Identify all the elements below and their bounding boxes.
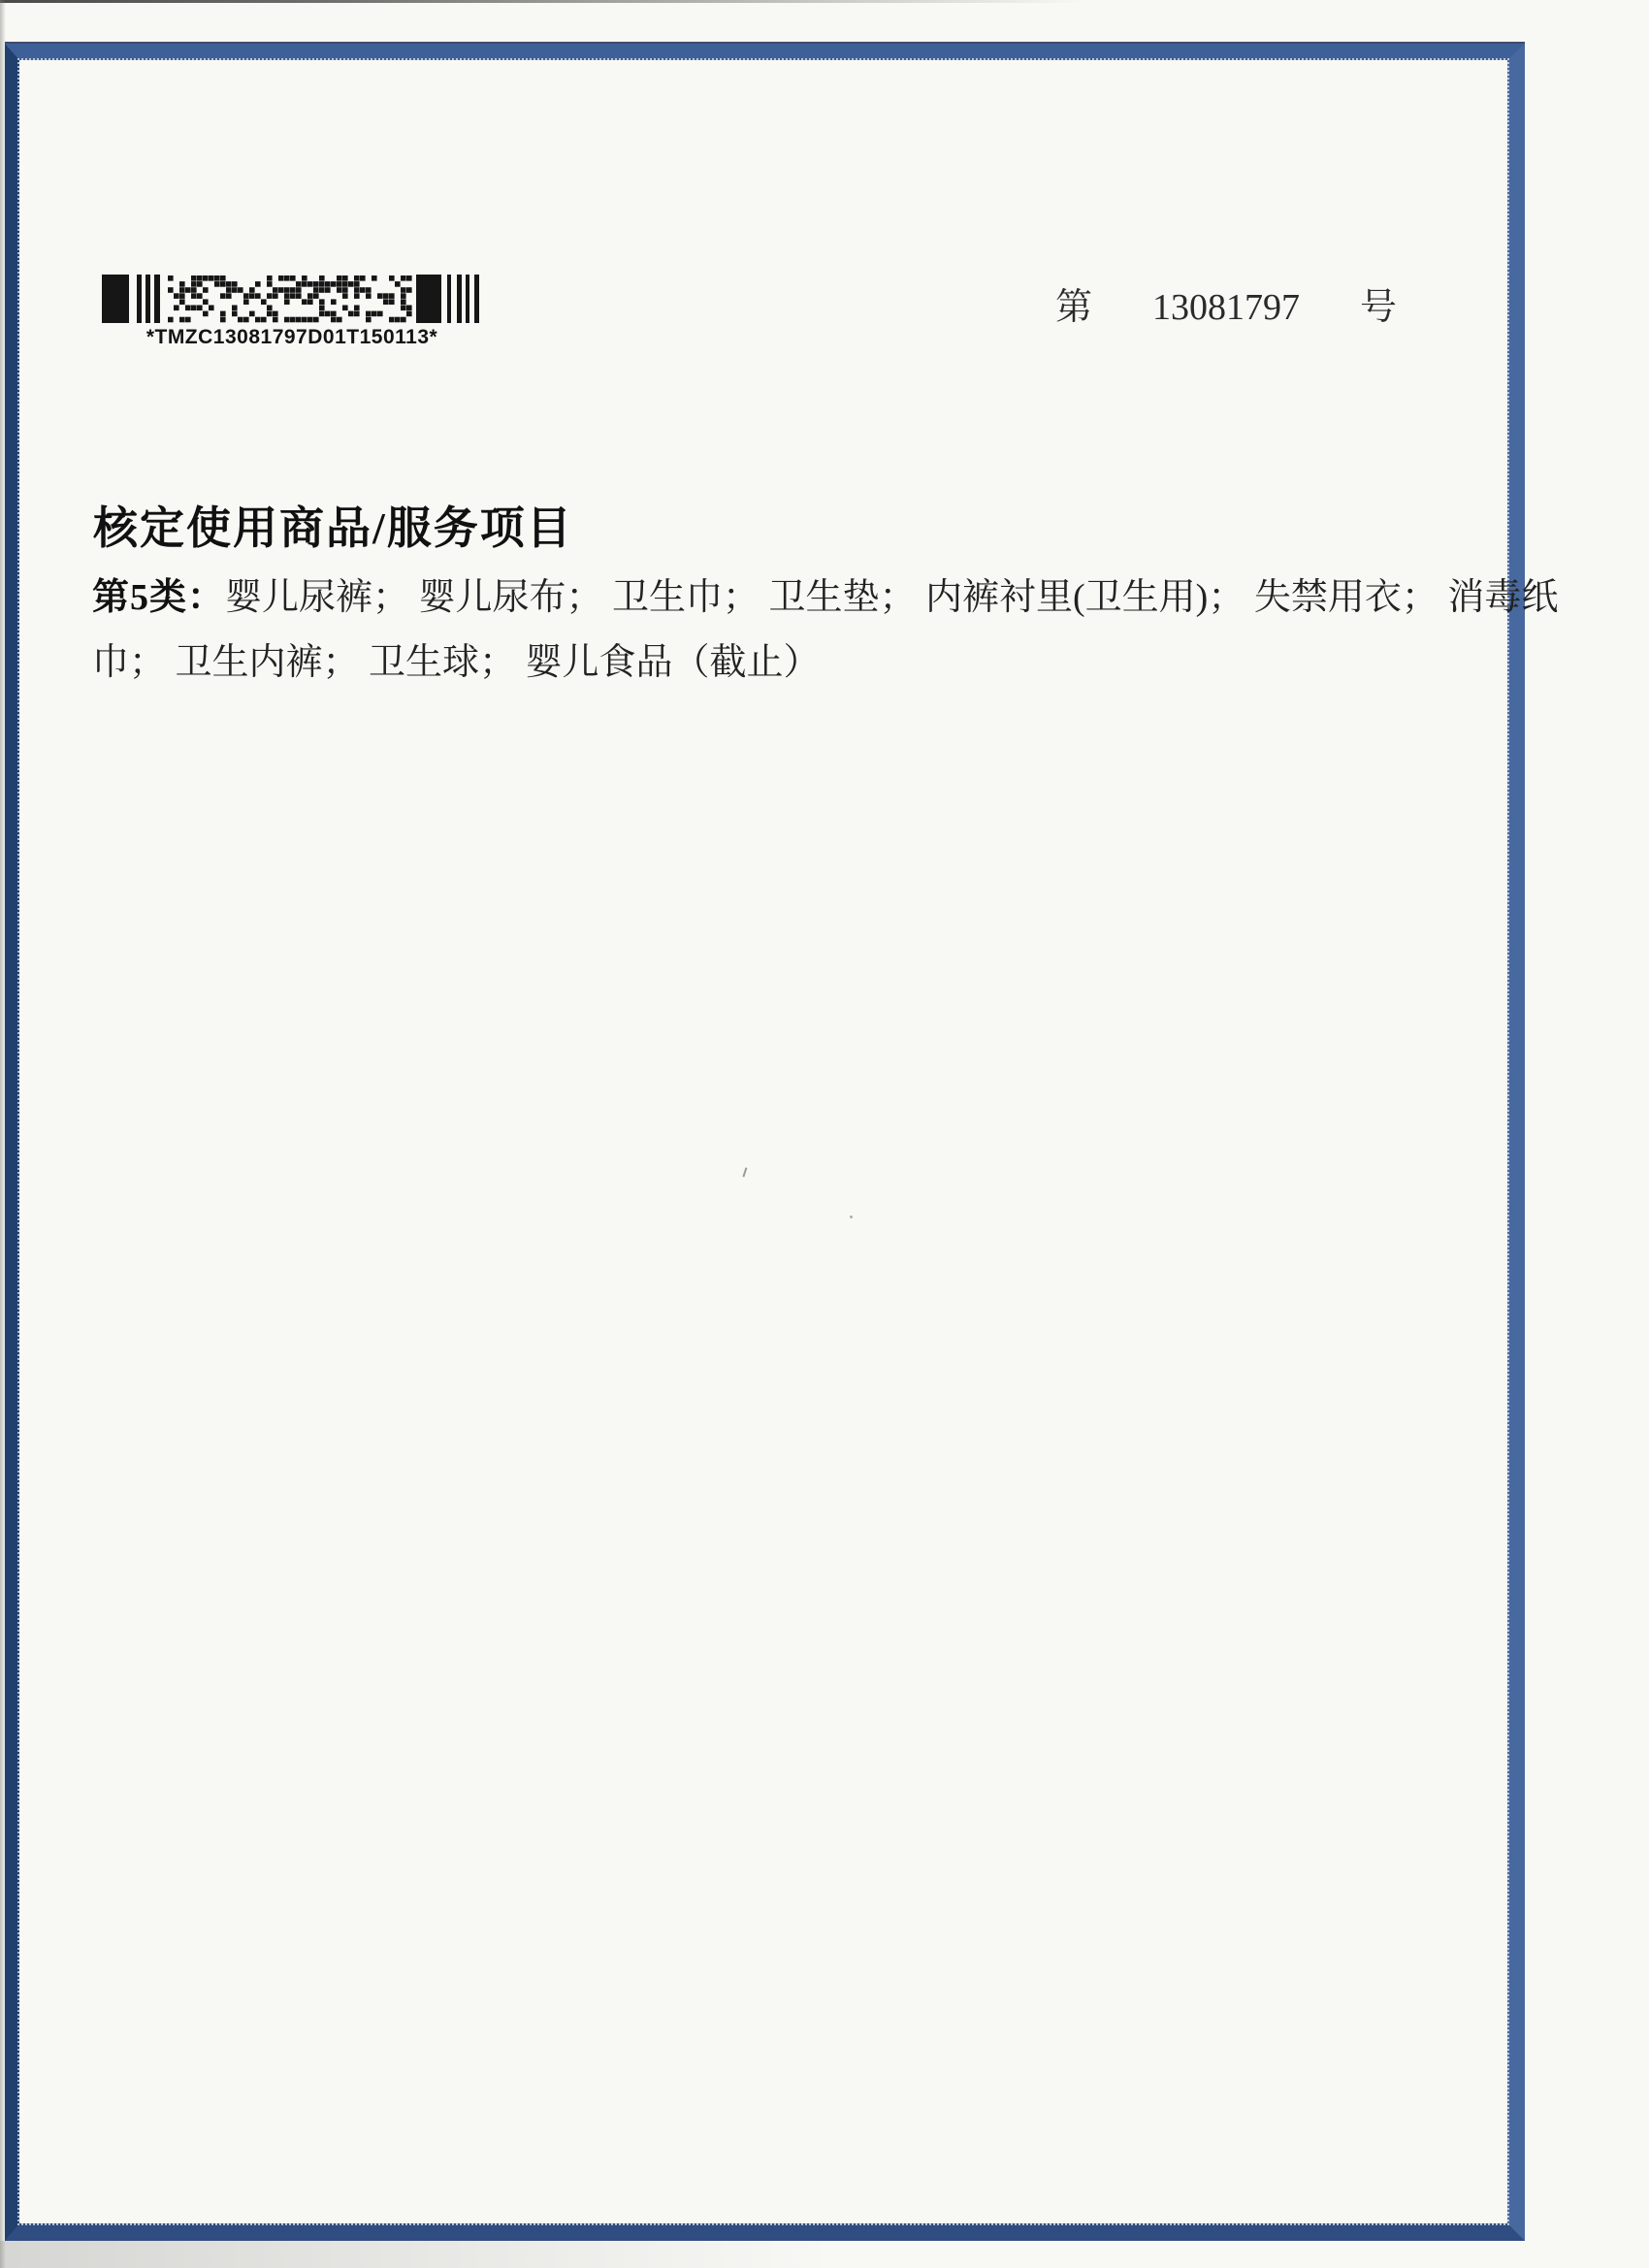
frame-inner-dotted-line (17, 58, 1509, 2225)
page-bottom-shadow (0, 2241, 834, 2268)
barcode-image (102, 275, 482, 323)
class-label: 第5类： (92, 577, 225, 618)
goods-text-1: 婴儿尿裤； 婴儿尿布； 卫生巾； 卫生垫； 内裤衬里(卫生用)； 失禁用衣； 消… (225, 577, 1558, 618)
certificate-border-frame (5, 44, 1525, 2241)
doc-number-prefix: 第 (1055, 276, 1092, 330)
document-number-line: 第 13081797 号 (1055, 276, 1397, 330)
scan-speck (850, 1215, 853, 1218)
goods-line-2: 巾； 卫生内裤； 卫生球； 婴儿食品（截止） (92, 631, 1494, 696)
doc-number-value: 13081797 (1152, 286, 1300, 329)
goods-text-2: 巾； 卫生内裤； 卫生球； 婴儿食品（截止） (92, 642, 821, 683)
scan-edge-artifact (0, 0, 1086, 3)
barcode-text: *TMZC13081797D01T150113* (102, 326, 482, 349)
goods-line-1: 第5类：婴儿尿裤； 婴儿尿布； 卫生巾； 卫生垫； 内裤衬里(卫生用)； 失禁用… (92, 566, 1494, 631)
goods-services-paragraph: 第5类：婴儿尿裤； 婴儿尿布； 卫生巾； 卫生垫； 内裤衬里(卫生用)； 失禁用… (92, 566, 1494, 696)
barcode-block: *TMZC13081797D01T150113* (102, 275, 482, 349)
section-heading: 核定使用商品/服务项目 (93, 493, 573, 557)
doc-number-suffix: 号 (1360, 276, 1397, 330)
